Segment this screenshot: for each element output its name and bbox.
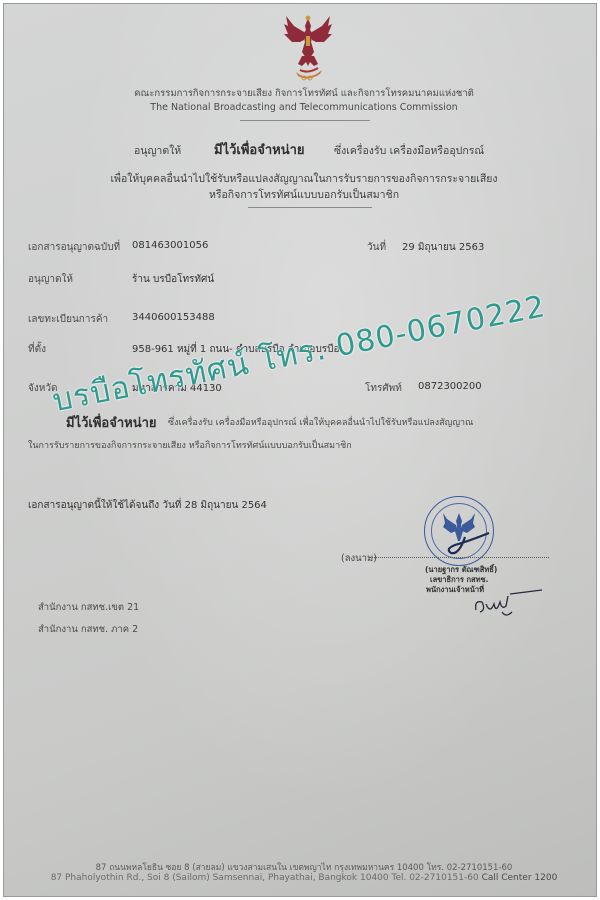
permit-prefix: อนุญาตให้ [134, 142, 181, 159]
watermark-phone: 080-0670222 [333, 289, 548, 364]
commercial-reg-value: 3440600153488 [132, 312, 215, 323]
nbtc-seal-icon [424, 496, 494, 566]
licensee-value: ร้าน บรบือโทรทัศน์ [132, 272, 214, 287]
permit-purpose-line: เพื่อให้บุคคลอื่นนำไปใช้รับหรือแปลงสัญญา… [4, 170, 597, 187]
org-name-english: The National Broadcasting and Telecommun… [4, 102, 597, 113]
permit-object: ซึ่งเครื่องรับ เครื่องมือหรืออุปกรณ์ [334, 142, 484, 159]
date-value: 29 มิถุนายน 2563 [402, 240, 484, 255]
call-center: Call Center 1200 [482, 873, 558, 883]
body-line-1: ซึ่งเครื่องรับ เครื่องมือหรืออุปกรณ์ เพื… [168, 415, 473, 429]
office-district: สำนักงาน กสทช.เขต 21 [38, 600, 139, 615]
permit-number-label: เอกสารอนุญาตฉบับที่ [28, 240, 120, 255]
date-label: วันที่ [367, 240, 386, 255]
statement-divider [248, 207, 372, 208]
licensee-label: อนุญาตให้ [28, 272, 73, 287]
body-line-2: ในการรับรายการของกิจการกระจายเสียง หรือก… [28, 438, 352, 452]
header-divider [240, 120, 370, 121]
document-page: คณะกรรมการกิจการกระจายเสียง กิจการโทรทัศ… [3, 3, 597, 897]
watermark: บรบือโทรทัศน์ โทร. 080-0670222 [48, 280, 550, 425]
permit-number-value: 081463001056 [132, 240, 208, 251]
signature-line [369, 557, 549, 558]
permit-purpose-line-2: หรือกิจการโทรทัศน์แบบบอกรับเป็นสมาชิก [4, 186, 597, 203]
phone-label: โทรศัพท์ [365, 381, 402, 396]
initials-signature-icon [472, 588, 544, 620]
garuda-emblem-icon [280, 12, 336, 84]
org-name-thai: คณะกรรมการกิจการกระจายเสียง กิจการโทรทัศ… [4, 86, 597, 101]
permit-type: มีไว้เพื่อจำหน่าย [214, 139, 305, 160]
footer-address-english: 87 Phaholyothin Rd., Soi 8 (Sailom) Sams… [4, 873, 597, 883]
sign-label: (ลงนาม) [341, 551, 377, 566]
validity-statement: เอกสารอนุญาตนี้ให้ใช้ได้จนถึง วันที่ 28 … [28, 498, 267, 513]
office-region: สำนักงาน กสทช. ภาค 2 [38, 622, 138, 637]
footer-address-en-text: 87 Phaholyothin Rd., Soi 8 (Sailom) Sams… [51, 873, 479, 883]
phone-value: 0872300200 [418, 381, 482, 392]
commercial-reg-label: เลขทะเบียนการค้า [28, 312, 108, 327]
footer-address-thai: 87 ถนนพหลโยธิน ซอย 8 (สายลม) แขวงสามเสนใ… [4, 860, 597, 874]
address-label: ที่ตั้ง [28, 342, 46, 357]
